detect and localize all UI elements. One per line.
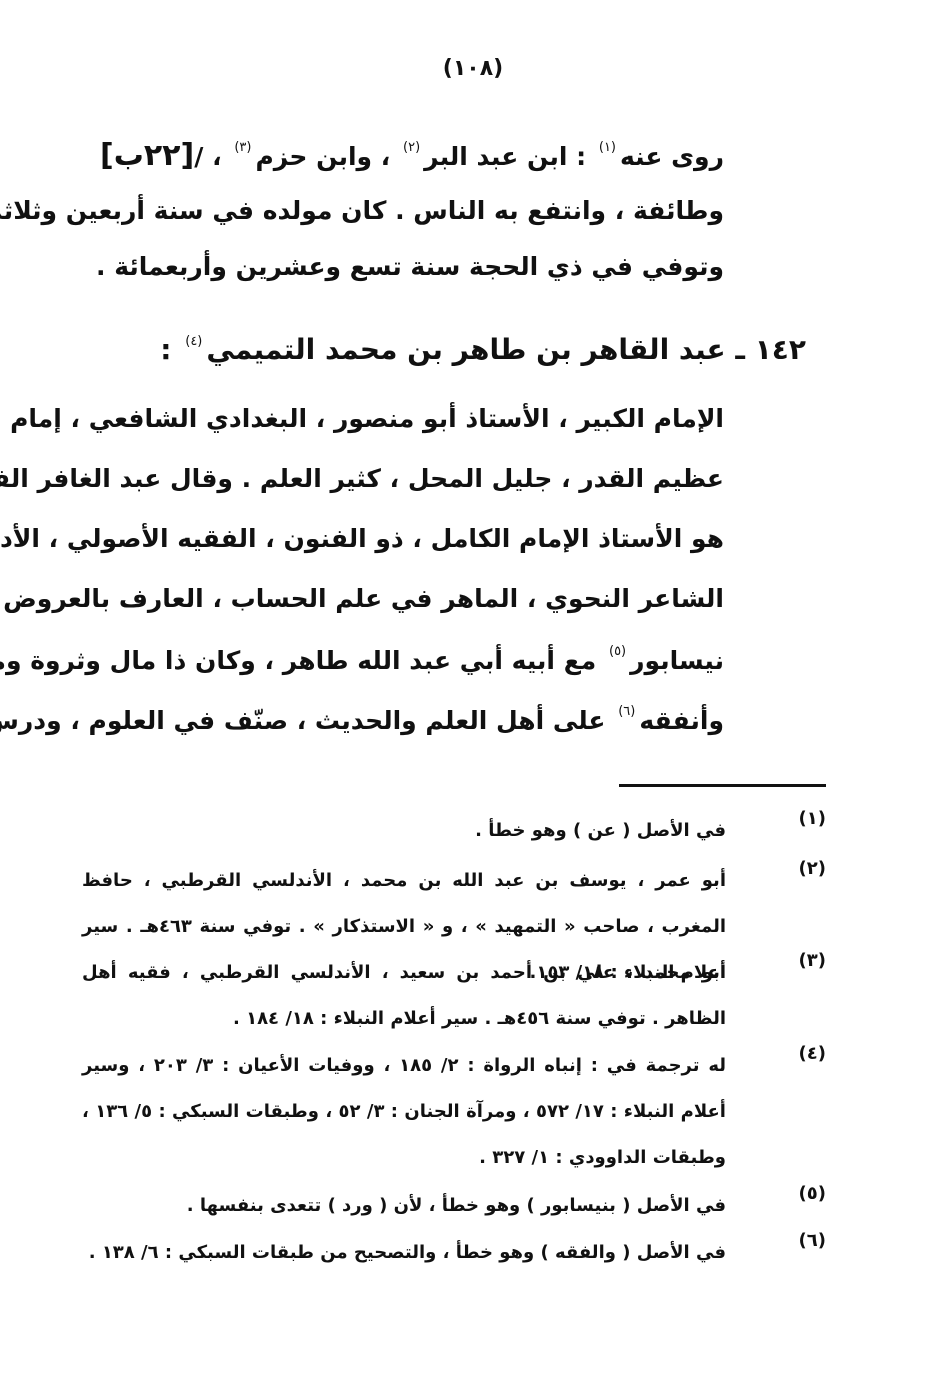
body-text: نيسابور [630, 646, 724, 675]
entry-title: ١٤٢ ـ عبد القاهر بن طاهر بن محمد التميمي [206, 333, 806, 366]
body-text: وأنفقه [639, 706, 724, 735]
intro-line-3: وتوفي في ذي الحجة سنة تسع وعشرين وأربعما… [96, 252, 724, 281]
footnote-number: (٤) [776, 1043, 826, 1064]
footnote-text: في الأصل ( بنيسابور ) وهو خطأ ، لأن ( ور… [82, 1183, 726, 1229]
footnote-6: (٦) في الأصل ( والفقه ) وهو خطأ ، والتصح… [82, 1230, 826, 1276]
footnote-4: (٤) له ترجمة في : إنباه الرواة : ٢/ ١٨٥ … [82, 1043, 826, 1181]
intro-text: : ابن عبد البر [424, 142, 586, 171]
footnote-number: (١) [776, 808, 826, 829]
body-line-5: نيسابور(٥) مع أبيه أبي عبد الله طاهر ، و… [82, 644, 724, 675]
footnote-ref-2[interactable]: (٢) [403, 140, 420, 155]
body-text: على أهل العلم والحديث ، صنّف في العلوم ،… [0, 706, 605, 735]
footnote-number: (٢) [776, 858, 826, 879]
footnote-text: في الأصل ( عن ) وهو خطأ . [82, 808, 726, 854]
footnote-number: (٦) [776, 1230, 826, 1251]
footnote-ref-3[interactable]: (٣) [234, 140, 251, 155]
intro-text: ، وابن حزم [255, 142, 390, 171]
footnote-text: في الأصل ( والفقه ) وهو خطأ ، والتصحيح م… [82, 1230, 726, 1276]
footnote-separator [619, 784, 826, 787]
body-line-2: عظيم القدر ، جليل المحل ، كثير العلم . و… [82, 464, 724, 493]
footnote-5: (٥) في الأصل ( بنيسابور ) وهو خطأ ، لأن … [82, 1183, 826, 1229]
footnote-text: له ترجمة في : إنباه الرواة : ٢/ ١٨٥ ، وو… [82, 1043, 726, 1181]
footnote-ref-6[interactable]: (٦) [618, 704, 635, 719]
body-line-3: هو الأستاذ الإمام الكامل ، ذو الفنون ، ا… [82, 524, 724, 553]
footnote-ref-4[interactable]: (٤) [185, 334, 202, 349]
footnote-1: (١) في الأصل ( عن ) وهو خطأ . [82, 808, 826, 854]
footnote-text: أبو محمد ، علي بن أحمد بن سعيد ، الأندلس… [82, 950, 726, 1042]
footnote-3: (٣) أبو محمد ، علي بن أحمد بن سعيد ، الأ… [82, 950, 826, 1042]
intro-text: روى عنه [620, 142, 724, 171]
book-page: (١٠٨) روى عنه(١) : ابن عبد البر(٢) ، واب… [0, 0, 946, 1379]
body-line-1: الإمام الكبير ، الأستاذ أبو منصور ، البغ… [82, 404, 724, 433]
intro-line-2: وطائفة ، وانتفع به الناس . كان مولده في … [0, 196, 724, 225]
footnote-number: (٥) [776, 1183, 826, 1204]
body-line-4: الشاعر النحوي ، الماهر في علم الحساب ، ا… [82, 584, 724, 613]
folio-marker: [٢٢ب] [100, 138, 194, 173]
body-line-6: وأنفقه(٦) على أهل العلم والحديث ، صنّف ف… [82, 704, 724, 735]
body-text: مع أبيه أبي عبد الله طاهر ، وكان ذا مال … [0, 646, 596, 675]
heading-colon: : [160, 333, 171, 366]
page-number: (١٠٨) [0, 56, 946, 81]
footnote-number: (٣) [776, 950, 826, 971]
entry-heading: ١٤٢ ـ عبد القاهر بن طاهر بن محمد التميمي… [160, 333, 806, 366]
intro-text: ، / [194, 142, 221, 171]
footnote-ref-5[interactable]: (٥) [609, 644, 626, 659]
footnote-ref-1[interactable]: (١) [599, 140, 616, 155]
